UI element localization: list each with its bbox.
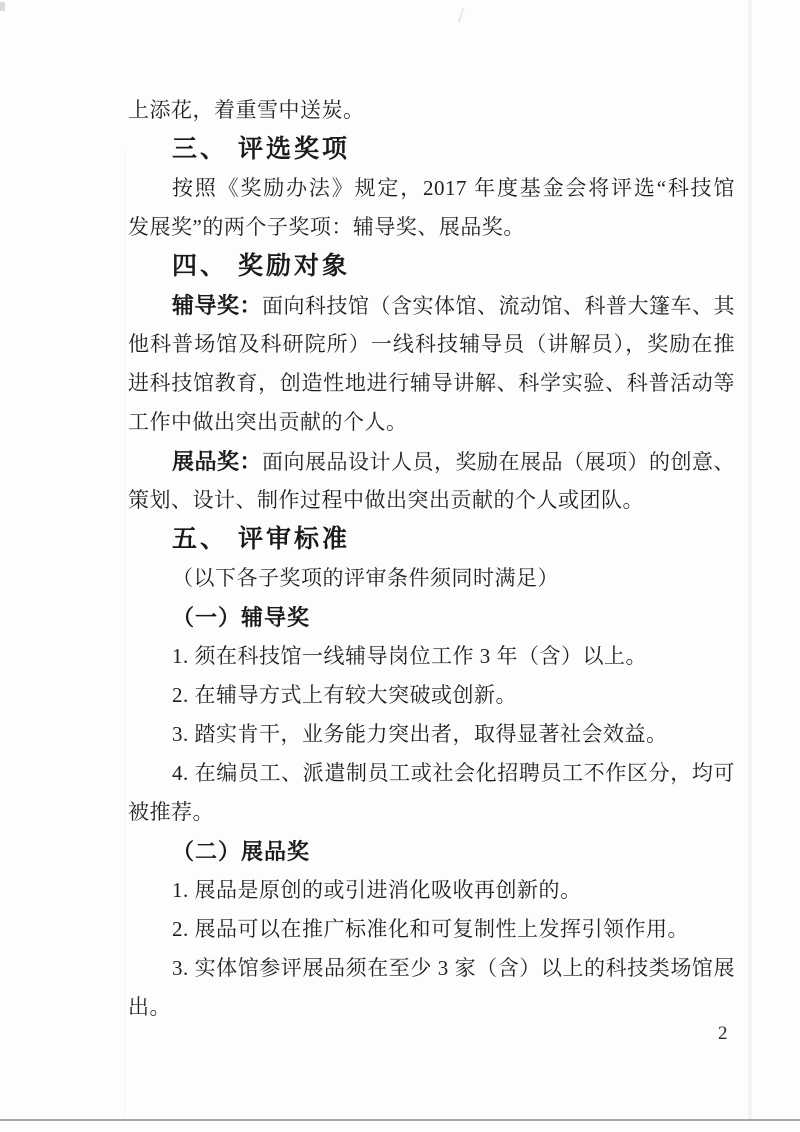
- bold-term-exhibit-award: 展品奖：: [172, 449, 262, 474]
- scan-edge-mark: [0, 2, 5, 11]
- list-item-line: 2. 在辅导方式上有较大突破或创新。: [128, 676, 735, 715]
- text-run: 面向展品设计人员，奖励在展品（展项）的创意、: [262, 450, 735, 474]
- page-number: 2: [718, 1023, 728, 1044]
- bold-term-coaching-award: 辅导奖：: [172, 293, 262, 318]
- text-line: （以下各子奖项的评审条件须同时满足）: [128, 559, 735, 598]
- section-heading-5: 五、 评审标准: [128, 520, 735, 559]
- scan-page-bottom-edge: [0, 1119, 800, 1121]
- list-item-line: 1. 须在科技馆一线辅导岗位工作 3 年（含）以上。: [128, 637, 735, 676]
- text-line: 发展奖”的两个子奖项：辅导奖、展品奖。: [128, 208, 735, 247]
- subsection-heading-2: （二）展品奖: [128, 832, 735, 871]
- text-line: 策划、设计、制作过程中做出突出贡献的个人或团队。: [128, 481, 735, 520]
- list-item-line: 4. 在编员工、派遣制员工或社会化招聘员工不作区分，均可: [128, 754, 735, 793]
- scan-fold-line: [124, 150, 126, 1118]
- list-item-line: 3. 实体馆参评展品须在至少 3 家（含）以上的科技类场馆展: [128, 949, 735, 988]
- text-column: 上添花，着重雪中送炭。 三、 评选奖项 按照《奖励办法》规定，2017 年度基金…: [128, 91, 735, 1027]
- document-page: 上添花，着重雪中送炭。 三、 评选奖项 按照《奖励办法》规定，2017 年度基金…: [0, 0, 800, 1132]
- text-line: 工作中做出突出贡献的个人。: [128, 403, 735, 442]
- list-item-line: 2. 展品可以在推广标准化和可复制性上发挥引领作用。: [128, 910, 735, 949]
- scan-scratch-mark: [458, 8, 465, 23]
- text-line: 他科普场馆及科研院所）一线科技辅导员（讲解员），奖励在推: [128, 325, 735, 364]
- subsection-heading-1: （一）辅导奖: [128, 598, 735, 637]
- scan-vertical-line: [748, 0, 752, 1120]
- list-item-line: 1. 展品是原创的或引进消化吸收再创新的。: [128, 871, 735, 910]
- text-line: 按照《奖励办法》规定，2017 年度基金会将评选“科技馆: [128, 169, 735, 208]
- text-line: 出。: [128, 988, 735, 1027]
- text-line: 上添花，着重雪中送炭。: [128, 91, 735, 130]
- text-line: 进科技馆教育，创造性地进行辅导讲解、科学实验、科普活动等: [128, 364, 735, 403]
- text-run: 面向科技馆（含实体馆、流动馆、科普大篷车、其: [262, 294, 735, 318]
- text-line: 展品奖：面向展品设计人员，奖励在展品（展项）的创意、: [128, 442, 735, 481]
- section-heading-4: 四、 奖励对象: [128, 247, 735, 286]
- list-item-line: 3. 踏实肯干，业务能力突出者，取得显著社会效益。: [128, 715, 735, 754]
- section-heading-3: 三、 评选奖项: [128, 130, 735, 169]
- text-line: 被推荐。: [128, 793, 735, 832]
- text-line: 辅导奖：面向科技馆（含实体馆、流动馆、科普大篷车、其: [128, 286, 735, 325]
